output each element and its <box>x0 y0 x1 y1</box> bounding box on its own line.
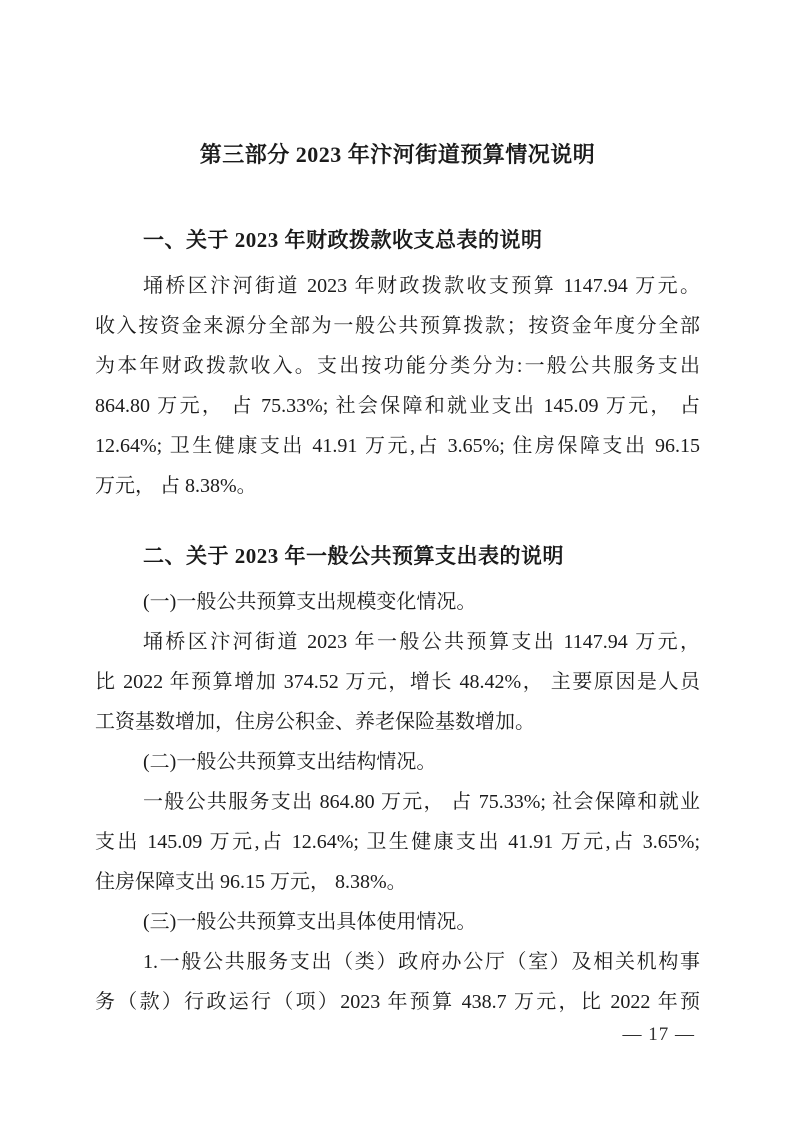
text-line: 12.64%; 卫生健康支出 41.91 万元,占 3.65%; 住房保障支出 … <box>95 426 700 466</box>
text-line: 埇桥区汴河街道 2023 年一般公共预算支出 1147.94 万元， <box>95 622 700 662</box>
section-general-public-budget-expenditure: 二、关于 2023 年一般公共预算支出表的说明 (一)一般公共预算支出规模变化情… <box>95 538 700 1022</box>
subsection-1-title: (一)一般公共预算支出规模变化情况。 <box>95 582 700 622</box>
text-line: 收入按资金来源分全部为一般公共预算拨款；按资金年度分全部 <box>95 306 700 346</box>
text-line: 埇桥区汴河街道 2023 年财政拨款收支预算 1147.94 万元。 <box>95 266 700 306</box>
text-line: 为本年财政拨款收入。支出按功能分类分为:一般公共服务支出 <box>95 346 700 386</box>
text-line: 万元， 占 8.38%。 <box>95 466 700 506</box>
text-line: 比 2022 年预算增加 374.52 万元，增长 48.42%， 主要原因是人… <box>95 662 700 702</box>
text-line: 工资基数增加，住房公积金、养老保险基数增加。 <box>95 702 700 742</box>
subsection-3-title: (三)一般公共预算支出具体使用情况。 <box>95 902 700 942</box>
section-fiscal-appropriation-summary: 一、关于 2023 年财政拨款收支总表的说明 埇桥区汴河街道 2023 年财政拨… <box>95 222 700 506</box>
text-line: 一般公共服务支出 864.80 万元， 占 75.33%; 社会保障和就业 <box>95 782 700 822</box>
text-line: 务（款）行政运行（项）2023 年预算 438.7 万元，比 2022 年预 <box>95 982 700 1022</box>
section-2-body: (一)一般公共预算支出规模变化情况。 埇桥区汴河街道 2023 年一般公共预算支… <box>95 582 700 1022</box>
section-2-heading: 二、关于 2023 年一般公共预算支出表的说明 <box>95 538 700 574</box>
section-1-heading: 一、关于 2023 年财政拨款收支总表的说明 <box>95 222 700 258</box>
document-title: 第三部分 2023 年汴河街道预算情况说明 <box>95 134 700 176</box>
text-line: 住房保障支出 96.15 万元， 8.38%。 <box>95 862 700 902</box>
document-page: 第三部分 2023 年汴河街道预算情况说明 一、关于 2023 年财政拨款收支总… <box>0 0 793 1122</box>
text-line: 864.80 万元， 占 75.33%; 社会保障和就业支出 145.09 万元… <box>95 386 700 426</box>
text-line: 支出 145.09 万元,占 12.64%; 卫生健康支出 41.91 万元,占… <box>95 822 700 862</box>
page-number: — 17 — <box>623 1024 696 1046</box>
section-1-body: 埇桥区汴河街道 2023 年财政拨款收支预算 1147.94 万元。 收入按资金… <box>95 266 700 506</box>
subsection-2-title: (二)一般公共预算支出结构情况。 <box>95 742 700 782</box>
text-line: 1.一般公共服务支出（类）政府办公厅（室）及相关机构事 <box>95 942 700 982</box>
